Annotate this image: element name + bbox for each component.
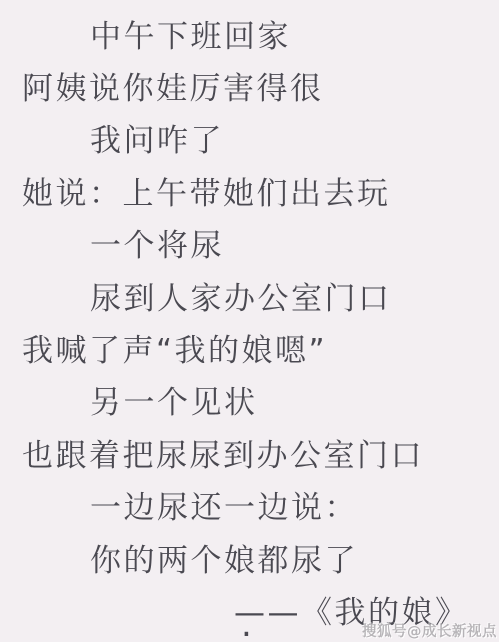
sohu-watermark: 搜狐号@成长新视点 [362, 620, 497, 641]
poem-line: 我喊了声“我的娘嗯” [0, 321, 499, 373]
poem-line: 阿姨说你娃厉害得很 [0, 59, 499, 111]
poem-line: 你的两个娘都尿了 [0, 531, 499, 583]
poem-line: 尿到人家办公室门口 [0, 269, 499, 321]
poem-line: 也跟着把尿尿到办公室门口 [0, 426, 499, 478]
stray-period: . [241, 608, 252, 642]
poem-line: 一边尿还一边说： [0, 479, 499, 531]
poem-line: 一个将尿 [0, 217, 499, 269]
text-image-page: 中午下班回家 阿姨说你娃厉害得很 我问咋了 她说：上午带她们出去玩 一个将尿 尿… [0, 0, 499, 642]
poem-line: 中午下班回家 [0, 7, 499, 59]
poem-line: 另一个见状 [0, 374, 499, 426]
poem-line: 她说：上午带她们出去玩 [0, 164, 499, 216]
poem-line: 我问咋了 [0, 112, 499, 164]
